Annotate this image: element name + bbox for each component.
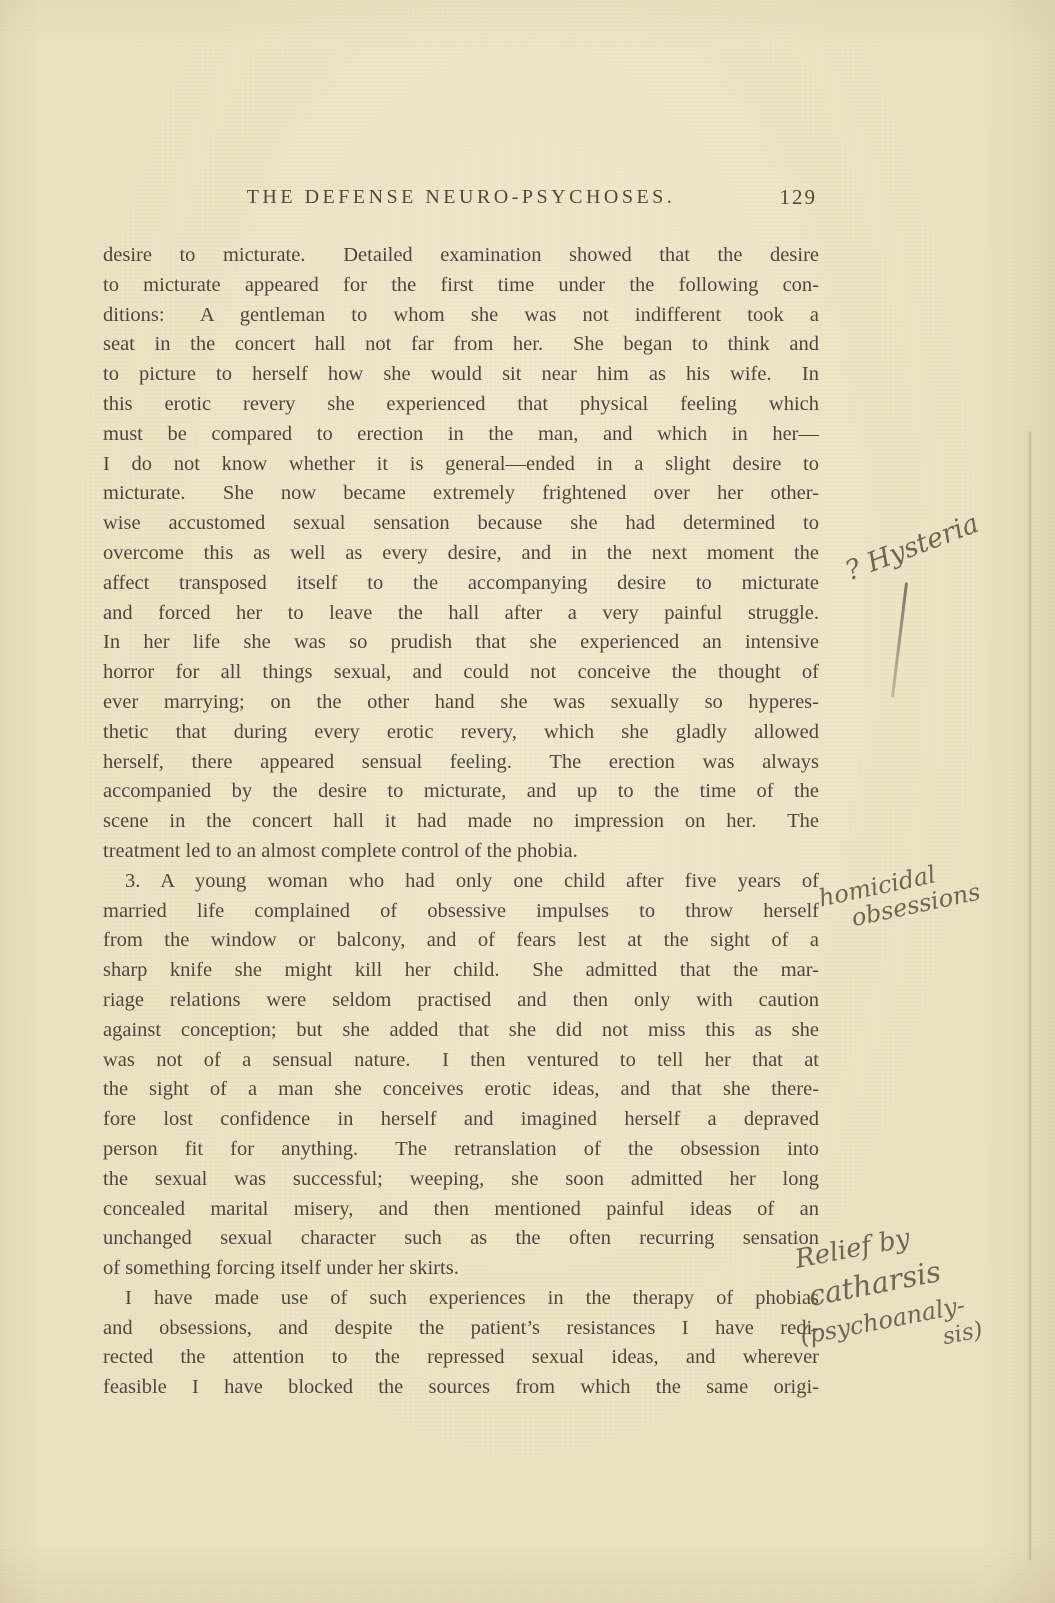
annotation-hysteria: ? Hysteria <box>841 508 983 587</box>
text-line: and forced her to leave the hall after a… <box>103 599 819 629</box>
text-segment: and obsessions, and despite the patient’… <box>103 1317 819 1339</box>
text-segment: riage relations were seldom practised an… <box>103 989 819 1011</box>
text-line: married life complained of obsessive imp… <box>103 897 819 927</box>
text-segment: concealed marital misery, and then menti… <box>103 1198 819 1220</box>
page-number: 129 <box>780 185 818 210</box>
text-segment: was not of a sensual nature. I then vent… <box>103 1049 819 1071</box>
text-segment: She admitted that the mar- <box>500 959 819 981</box>
text-segment: accompanied by the desire to micturate, … <box>103 780 819 802</box>
text-segment: In her life she was so prudish that she … <box>103 631 819 653</box>
text-line: unchanged sexual character such as the o… <box>103 1224 819 1254</box>
text-line: the sight of a man she conceives erotic … <box>103 1075 819 1105</box>
book-page-scan: THE DEFENSE NEURO-PSYCHOSES. 129 desire … <box>0 0 1055 1603</box>
annotation-relief: Relief bycatharsis(psychoanaly-sis) <box>792 1209 986 1381</box>
text-segment: treatment led to an almost complete cont… <box>103 840 578 862</box>
text-line: must be compared to erection in the man,… <box>103 420 819 450</box>
text-segment: to micturate appeared for the first time… <box>103 274 819 296</box>
text-segment: the sight of a man she conceives erotic … <box>103 1078 819 1100</box>
text-line: scene in the concert hall it had made no… <box>103 807 819 837</box>
running-title: THE DEFENSE NEURO-PSYCHOSES. <box>103 186 819 209</box>
handwritten-note-line: sis) <box>939 1311 985 1356</box>
text-line: I have made use of such experiences in t… <box>103 1284 819 1314</box>
pencil-underline: extremely frightened over her other- <box>433 482 819 504</box>
text-line: thetic that during every erotic revery, … <box>103 718 819 748</box>
text-line: micturate. She now became extremely frig… <box>103 479 819 509</box>
text-line: overcome this as well as every desire, a… <box>103 539 819 569</box>
text-line: desire to micturate. Detailed examinatio… <box>103 241 819 271</box>
text-line: concealed marital misery, and then menti… <box>103 1195 819 1225</box>
text-line: and obsessions, and despite the patient’… <box>103 1314 819 1344</box>
text-line: feasible I have blocked the sources from… <box>103 1373 819 1403</box>
pencil-underline: overcome this as well as every desire, a… <box>103 542 819 564</box>
text-segment: fore lost confidence in herself and imag… <box>103 1108 819 1130</box>
pencil-underline: from the window or balcony, and of fears… <box>103 929 819 951</box>
text-line: rected the attention to the repressed se… <box>103 1343 819 1373</box>
text-segment: married life complained of <box>103 900 427 922</box>
text-segment: I do not know whether it is general—ende… <box>103 453 819 475</box>
text-segment: must be compared to erection in the man,… <box>103 423 819 445</box>
text-segment: against conception; but she added that s… <box>103 1019 819 1041</box>
text-line: herself, there appeared sensual feeling.… <box>103 748 819 778</box>
text-segment: unchanged sexual character such as the o… <box>103 1227 819 1249</box>
body-text: desire to micturate. Detailed examinatio… <box>103 241 819 1403</box>
text-segment: 3. A young woman who had only one child … <box>125 870 819 892</box>
text-line: of something forcing itself under her sk… <box>103 1254 819 1284</box>
text-segment: herself, there appeared sensual feeling.… <box>103 751 819 773</box>
text-segment: I have made use of such experiences in t… <box>125 1287 819 1309</box>
pencil-underline: wise accustomed sexual sensation because… <box>103 512 819 534</box>
text-line: was not of a sensual nature. I then vent… <box>103 1046 819 1076</box>
text-line: this erotic revery she experienced that … <box>103 390 819 420</box>
text-line: horror for all things sexual, and could … <box>103 658 819 688</box>
text-line: wise accustomed sexual sensation because… <box>103 509 819 539</box>
pencil-underline: affect transposed itself to the accompan… <box>103 572 819 594</box>
text-line: treatment led to an almost complete cont… <box>103 837 819 867</box>
text-line: the sexual was successful; weeping, she … <box>103 1165 819 1195</box>
text-line: against conception; but she added that s… <box>103 1016 819 1046</box>
text-segment: this erotic revery she experienced that … <box>103 393 819 415</box>
text-line: to micturate appeared for the first time… <box>103 271 819 301</box>
text-segment: feasible I have blocked the sources from… <box>103 1376 819 1398</box>
text-line: to picture to herself how she would sit … <box>103 360 819 390</box>
text-line: I do not know whether it is general—ende… <box>103 450 819 480</box>
text-segment: scene in the concert hall it had made no… <box>103 810 819 832</box>
text-segment: of something forcing itself under her sk… <box>103 1257 459 1279</box>
text-segment: ditions: A gentleman to whom she was not… <box>103 304 819 326</box>
text-line: riage relations were seldom practised an… <box>103 986 819 1016</box>
pencil-stroke <box>891 582 908 698</box>
text-segment: desire to micturate. Detailed examinatio… <box>103 244 819 266</box>
text-line: person fit for anything. The retranslati… <box>103 1135 819 1165</box>
text-line: ever marrying; on the other hand she was… <box>103 688 819 718</box>
text-segment: rected the attention to the repressed se… <box>103 1346 819 1368</box>
text-segment: and forced her to leave the hall after a… <box>103 602 819 624</box>
text-line: affect transposed itself to the accompan… <box>103 569 819 599</box>
text-segment: micturate. She now became <box>103 482 433 504</box>
text-line: In her life she was so prudish that she … <box>103 628 819 658</box>
text-line: seat in the concert hall not far from he… <box>103 330 819 360</box>
text-line: ditions: A gentleman to whom she was not… <box>103 301 819 331</box>
pencil-underline: sharp knife she might kill her child. <box>103 959 500 981</box>
annotation-homicidal: homicidalobsessions <box>816 850 983 940</box>
text-line: accompanied by the desire to micturate, … <box>103 777 819 807</box>
text-line: 3. A young woman who had only one child … <box>103 867 819 897</box>
text-segment: person fit for anything. The retranslati… <box>103 1138 819 1160</box>
page-header: THE DEFENSE NEURO-PSYCHOSES. 129 <box>103 186 819 216</box>
text-segment: seat in the concert hall not far from he… <box>103 333 819 355</box>
text-segment: ever marrying; on the other hand she was… <box>103 691 819 713</box>
text-segment: to picture to herself how she would sit … <box>103 363 819 385</box>
pencil-underline: obsessive impulses to throw herself <box>427 900 819 922</box>
text-segment: the sexual was successful; weeping, she … <box>103 1168 819 1190</box>
text-segment: thetic that during every erotic revery, … <box>103 721 819 743</box>
text-line: fore lost confidence in herself and imag… <box>103 1105 819 1135</box>
handwritten-note-line: ? Hysteria <box>841 508 983 587</box>
page-crease <box>1029 432 1031 1560</box>
text-line: sharp knife she might kill her child. Sh… <box>103 956 819 986</box>
text-line: from the window or balcony, and of fears… <box>103 926 819 956</box>
text-segment: horror for all things sexual, and could … <box>103 661 819 683</box>
